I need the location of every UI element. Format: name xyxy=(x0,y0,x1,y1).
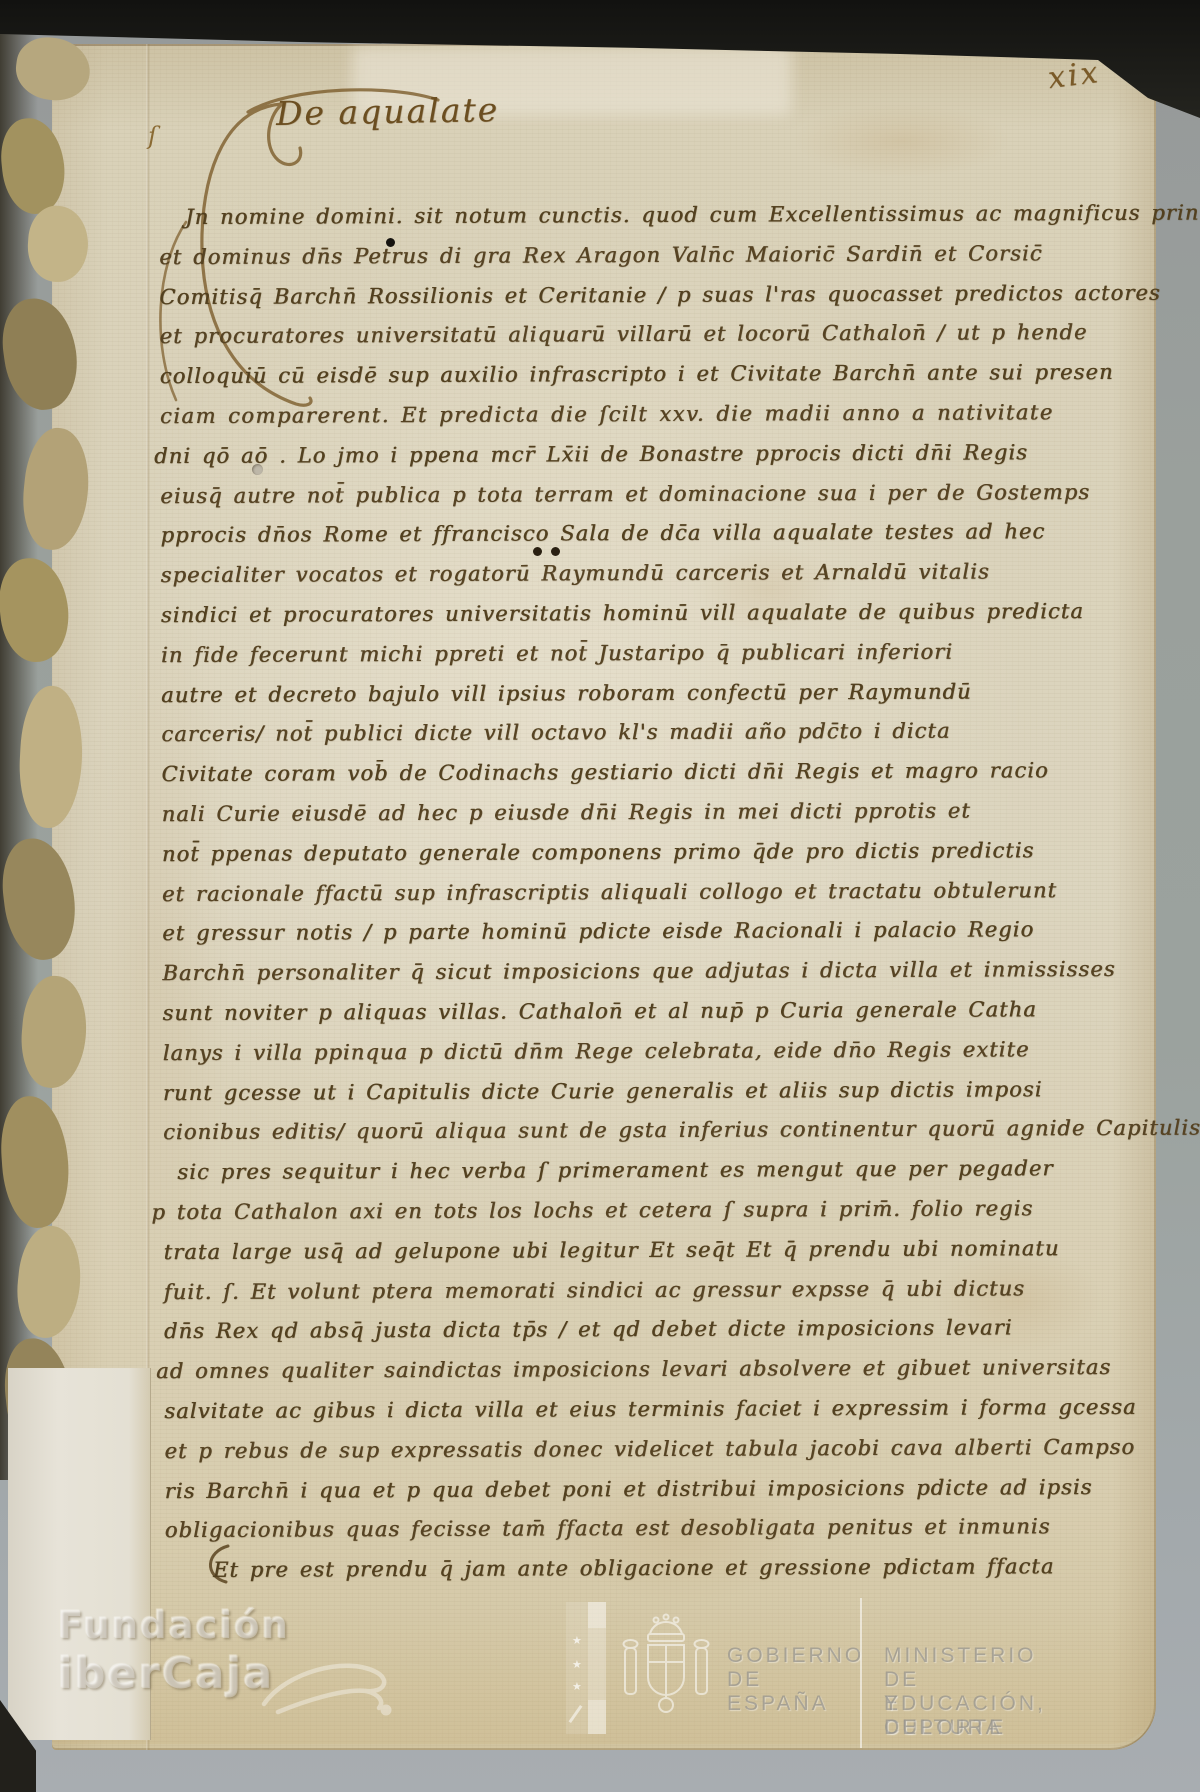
manuscript-line: salvitate ac gibus i dicta villa et eius… xyxy=(164,1388,1149,1432)
ibercaja-name-label: iberCaja xyxy=(58,1649,290,1699)
culture-column-icon xyxy=(588,1602,606,1628)
manuscript-line: specialiter vocatos et rogatorū Raymundū… xyxy=(161,552,1146,596)
manuscript-line: et dominus dn̄s Petrus di gra Rex Aragon… xyxy=(159,234,1144,278)
ibercaja-foundation-label: Fundación xyxy=(58,1604,290,1647)
watermark-divider xyxy=(860,1598,862,1748)
manuscript-line: runt gcesse ut i Capitulis dicte Curie g… xyxy=(163,1069,1148,1113)
manuscript-line: dni qō aō . Lo jmo i ppena mcr̄ Lx̄ii de… xyxy=(154,433,1145,477)
manuscript-line: not̄ ppenas deputato generale componens … xyxy=(162,831,1147,875)
manuscript-line: sic pres sequitur i hec verba ſ primeram… xyxy=(177,1149,1148,1193)
page-heading: De aqualate xyxy=(276,90,500,133)
ink-dot xyxy=(533,547,542,556)
ink-blot xyxy=(386,238,395,247)
manuscript-line: fuit. ſ. Et volunt ptera memorati sindic… xyxy=(164,1268,1149,1312)
culture-column-icon xyxy=(588,1700,606,1734)
document-scan: xix ſ De aqualate Jn nomine domini. sit … xyxy=(0,0,1200,1792)
manuscript-line: cionibus editis/ quorū aliqua sunt de gs… xyxy=(163,1109,1148,1153)
manuscript-line: sunt noviter p aliquas villas. Cathalon̄… xyxy=(162,990,1147,1034)
star-icon: ★ xyxy=(572,1634,582,1647)
spain-coat-of-arms-icon xyxy=(618,1610,714,1716)
manuscript-line: et p rebus de sup expressatis donec vide… xyxy=(164,1428,1149,1472)
manuscript-line: colloquiū cū eisdē sup auxilio infrascri… xyxy=(160,353,1145,397)
manuscript-line: eiusq̄ autre not̄ publica p tota terram … xyxy=(160,472,1145,516)
ibercaja-logo-icon xyxy=(258,1652,408,1732)
star-icon: ★ xyxy=(572,1680,582,1693)
manuscript-line: autre et decreto bajulo vill ipsius robo… xyxy=(161,671,1146,715)
margin-mark: ſ xyxy=(148,122,157,150)
ministerio-label-line3: Y DEPORTE xyxy=(884,1692,1006,1740)
worm-hole xyxy=(252,464,263,475)
manuscript-line: ad omnes qualiter saindictas imposicions… xyxy=(156,1348,1149,1392)
manuscript-line: et procuratores universitatū aliquarū vi… xyxy=(159,313,1144,357)
manuscript-line: pprocis dn̄os Rome et ffrancisco Sala de… xyxy=(160,512,1145,556)
manuscript-line: ciam comparerent. Et predicta die ſcilt … xyxy=(160,393,1145,437)
gobierno-label-line1: GOBIERNO xyxy=(727,1644,864,1668)
manuscript-line: Barchn̄ personaliter q̄ sicut imposicion… xyxy=(162,950,1147,994)
manuscript-line: lanys i villa ppinqua p dictū dn̄m Rege … xyxy=(163,1030,1148,1074)
manuscript-line: Comitisq̄ Barchn̄ Rossilionis et Ceritan… xyxy=(159,273,1144,317)
manuscript-line: Civitate coram vob̄ de Codinachs gestiar… xyxy=(161,751,1146,795)
manuscript-line: sindici et procuratores universitatis ho… xyxy=(161,592,1146,636)
watermark-ibercaja: Fundación iberCaja xyxy=(58,1604,290,1699)
manuscript-line: carceris/ not̄ publici dicte vill octavo… xyxy=(161,711,1146,755)
manuscript-line: trata large usq̄ ad gelupone ubi legitur… xyxy=(163,1229,1148,1273)
manuscript-line: dn̄s Rex qd absq̄ justa dicta tp̄s / et … xyxy=(164,1308,1149,1352)
manuscript-line: nali Curie eiusdē ad hec p eiusde dn̄i R… xyxy=(162,791,1147,835)
manuscript-line: Jn nomine domini. sit notum cunctis. quo… xyxy=(185,194,1144,238)
ministerio-label-line1: MINISTERIO xyxy=(884,1644,1037,1668)
paper-stain xyxy=(792,104,1012,178)
manuscript-line: obligacionibus quas fecisse tam̄ ffacta … xyxy=(165,1507,1150,1551)
manuscript-lines: Jn nomine domini. sit notum cunctis. quo… xyxy=(159,194,1150,1591)
manuscript-line: ris Barchn̄ i qua et p qua debet poni et… xyxy=(165,1467,1150,1511)
manuscript-line: p tota Cathalon axi en tots los lochs et… xyxy=(151,1189,1148,1233)
manuscript-line: et racionale ffactū sup infrascriptis al… xyxy=(162,870,1147,914)
star-icon: ★ xyxy=(572,1658,582,1671)
manuscript-line: in fide fecerunt michi ppreti et not̄ Ju… xyxy=(161,632,1146,676)
gobierno-label-line2: DE ESPAÑA xyxy=(727,1668,829,1716)
ink-dot xyxy=(551,547,560,556)
manuscript-line: et gressur notis / p parte hominū pdicte… xyxy=(162,910,1147,954)
folio-number: xix xyxy=(1046,55,1102,96)
manuscript-line: Et pre est prendu q̄ jam ante obligacion… xyxy=(213,1547,1150,1591)
